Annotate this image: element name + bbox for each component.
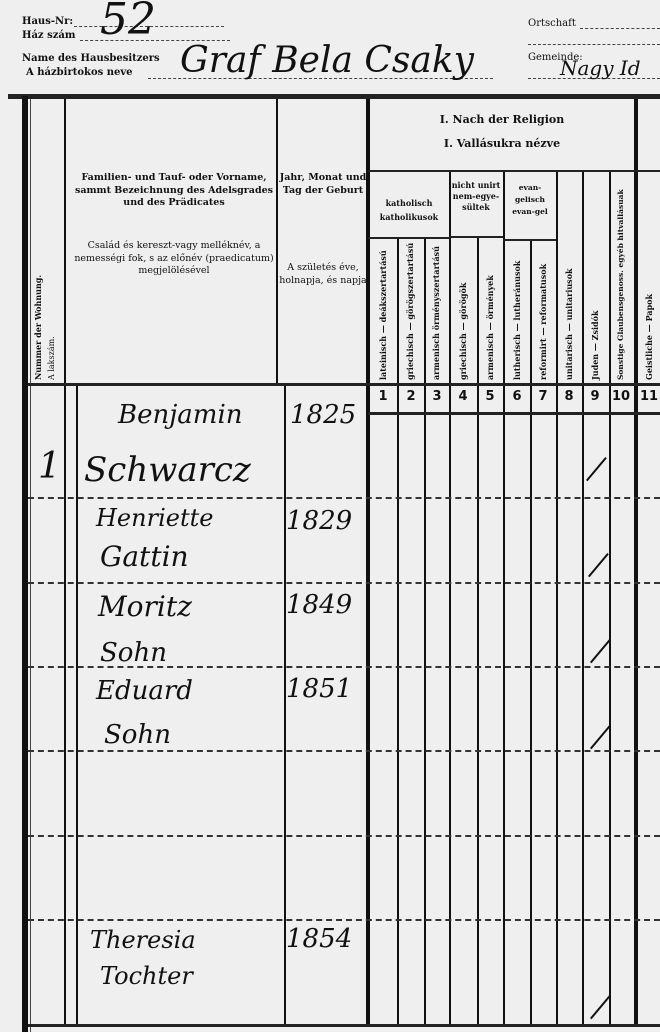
table-bottom-border — [28, 1024, 660, 1027]
col-line-name — [76, 383, 78, 1024]
birth-year: 1851 — [286, 674, 352, 704]
col-line-name-header — [276, 99, 278, 383]
locality-line — [580, 28, 660, 29]
colnum-6: 6 — [504, 389, 530, 404]
jewish-tick-mark — [590, 995, 611, 1019]
house-number-value: 52 — [100, 0, 156, 45]
religion-group-divider — [368, 170, 660, 172]
col-line-6 — [503, 172, 505, 1024]
relation: Sohn — [100, 638, 167, 668]
religion-col-5-label: armenisch — örmények — [485, 242, 495, 380]
given-name: Moritz — [98, 590, 192, 623]
religion-col-9-label: Juden — Zsidók — [590, 176, 600, 380]
religion-group-header-hu: I. Vallásukra nézve — [370, 138, 634, 151]
given-name: Benjamin — [118, 400, 243, 430]
col-line-dwelling — [64, 99, 66, 1024]
table-top-border — [8, 94, 660, 99]
religion-col-8-label: unitarisch — unitariusok — [564, 176, 574, 380]
row-separator — [28, 497, 660, 499]
municipality-value: Nagy Id — [560, 56, 641, 80]
row-separator — [28, 835, 660, 837]
colnum-7: 7 — [530, 389, 556, 404]
religion-col-6-label: lutherisch — lutheránusok — [512, 244, 522, 380]
header-bottom-line — [28, 383, 660, 386]
table-left-border — [22, 96, 28, 1032]
catholic-group-divider — [368, 237, 449, 239]
nonunited-group-header: nicht unirt nem-egye-sültek — [451, 180, 501, 213]
birth-year: 1829 — [286, 506, 352, 536]
col-line-8 — [556, 172, 558, 1024]
colnum-10: 10 — [608, 389, 634, 404]
birth-year: 1825 — [290, 400, 356, 430]
owner-label-de: Name des Hausbesitzers — [22, 53, 160, 65]
col-line-5 — [477, 238, 479, 1024]
table-left-inner-border — [30, 99, 31, 1032]
religion-col-3-label: armenisch örményszertartású — [431, 242, 441, 380]
relation: Tochter — [100, 962, 193, 990]
col-line-9 — [582, 172, 584, 1024]
colnum-9: 9 — [582, 389, 608, 404]
religion-col-10-label: Sonstige Glaubensgenoss. egyéb hitvallás… — [616, 176, 625, 380]
birth-header-hu: A születés éve, holnapja, és napja — [279, 262, 367, 287]
jewish-tick-mark — [586, 457, 607, 481]
row-separator — [28, 750, 660, 752]
given-name: Theresia — [90, 926, 196, 954]
name-header-de: Familien- und Tauf- oder Vorname, sammt … — [74, 172, 274, 210]
religion-col-2-label: griechisch — görögszertartású — [405, 242, 415, 380]
col-line-10 — [609, 172, 611, 1024]
dwelling-header-hu: A lakszám. — [47, 300, 56, 380]
owner-label-hu: A házbirtokos neve — [26, 67, 133, 79]
jewish-tick-mark — [590, 639, 611, 663]
name-header-hu: Család és kereszt-vagy melléknév, a neme… — [74, 240, 274, 278]
locality-line-2 — [528, 44, 660, 45]
relation: Gattin — [100, 540, 189, 573]
colnum-8: 8 — [556, 389, 582, 404]
jewish-tick-mark — [590, 725, 611, 749]
owner-value: Graf Bela Csaky — [180, 40, 474, 81]
given-name: Henriette — [96, 504, 213, 532]
col-line-4 — [449, 172, 451, 1024]
religion-col-11-label: Geistliche — Papok — [644, 176, 654, 380]
dwelling-number: 1 — [38, 446, 61, 487]
birth-year: 1854 — [286, 924, 352, 954]
colnum-11: 11 — [636, 389, 660, 404]
dwelling-header-de: Nummer der Wohnung. — [33, 230, 43, 380]
house-number-label-de: Haus-Nr: — [22, 16, 73, 28]
religion-col-1-label: lateinisch — deákszertartású — [378, 242, 388, 380]
evangelical-group-divider — [503, 239, 556, 241]
birth-year: 1849 — [286, 590, 352, 620]
row-separator — [28, 919, 660, 921]
evangelical-group-header: evan-gelisch evan-gel — [505, 182, 555, 218]
given-name: Eduard — [96, 676, 193, 706]
house-number-label-hu: Ház szám — [22, 30, 75, 42]
surname: Schwarcz — [84, 450, 251, 490]
row-separator — [28, 582, 660, 584]
col-line-3 — [424, 238, 426, 1024]
col-line-2 — [397, 238, 399, 1024]
birth-header-de: Jahr, Monat und Tag der Geburt — [279, 172, 367, 197]
religion-group-header-de: I. Nach der Religion — [370, 114, 634, 127]
religion-col-7-label: reformirt — reformatusok — [538, 244, 548, 380]
colnum-2: 2 — [398, 389, 424, 404]
relation: Sohn — [104, 720, 171, 750]
colnum-3: 3 — [424, 389, 450, 404]
religion-col-4-label: griechisch — görögök — [458, 242, 468, 380]
colnum-1: 1 — [370, 389, 396, 404]
col-line-11 — [634, 99, 638, 1024]
jewish-tick-mark — [588, 553, 609, 577]
nonunited-group-divider — [449, 236, 503, 238]
colnum-5: 5 — [477, 389, 503, 404]
locality-label: Ortschaft — [528, 18, 576, 30]
colnum-4: 4 — [450, 389, 476, 404]
catholic-group-header: katholisch katholikusok — [370, 196, 448, 224]
colnum-bottom-line — [368, 412, 660, 415]
col-line-7 — [530, 240, 532, 1024]
